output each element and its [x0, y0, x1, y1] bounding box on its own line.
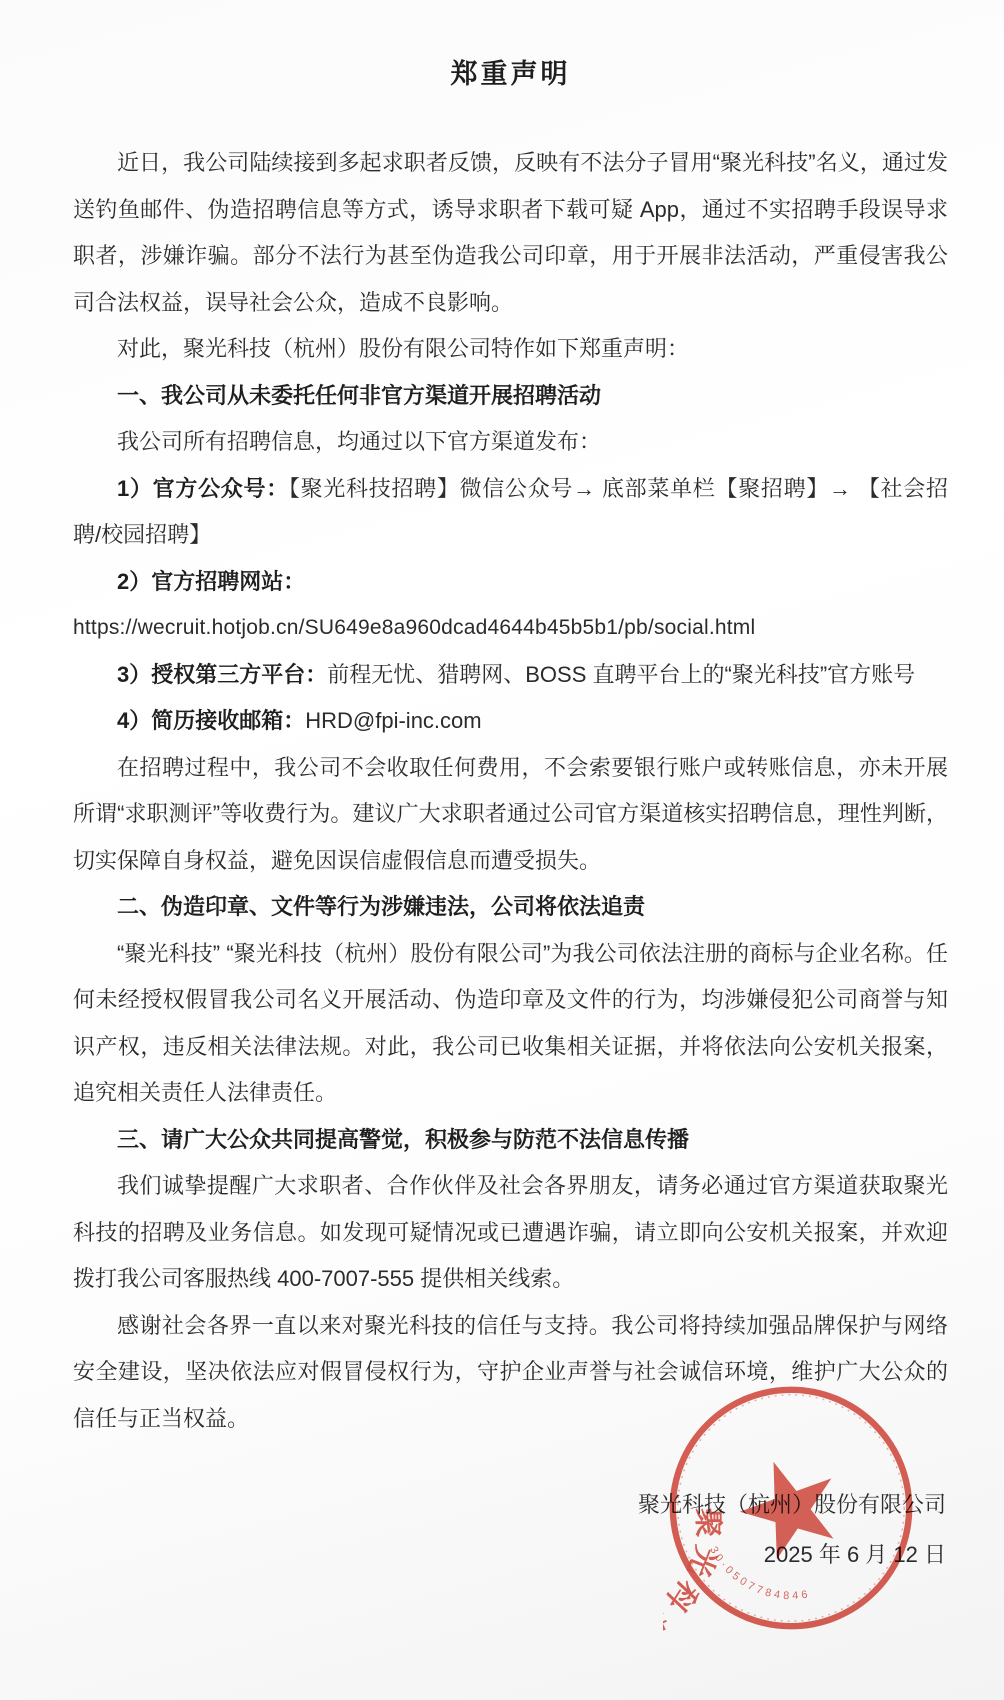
channel-item-third-party: 3）授权第三方平台：前程无忧、猎聘网、BOSS 直聘平台上的“聚光科技”官方账号: [73, 652, 948, 699]
svg-text:30·0507784846: 30·0507784846: [707, 1545, 812, 1603]
statement-title: 郑重声明: [73, 54, 948, 94]
company-seal: 聚光科技（杭州）股份有限公司 30·0507784846: [663, 1380, 919, 1636]
channel-item-4-text: HRD@fpi-inc.com: [305, 708, 481, 733]
section-1-lead: 我公司所有招聘信息，均通过以下官方渠道发布：: [73, 419, 948, 466]
para-no-fees-note: 在招聘过程中，我公司不会收取任何费用，不会索要银行账户或转账信息，亦未开展所谓“…: [73, 745, 948, 885]
channel-item-official-account: 1）官方公众号：【聚光科技招聘】微信公众号→ 底部菜单栏【聚招聘】→ 【社会招聘…: [73, 466, 948, 559]
section-2-body: “聚光科技” “聚光科技（杭州）股份有限公司”为我公司依法注册的商标与企业名称。…: [73, 931, 948, 1117]
section-3-body-1: 我们诚挚提醒广大求职者、合作伙伴及社会各界朋友，请务必通过官方渠道获取聚光科技的…: [73, 1163, 948, 1303]
section-2-heading: 二、伪造印章、文件等行为涉嫌违法，公司将依法追责: [73, 884, 948, 931]
channel-item-2-label: 2）官方招聘网站：: [117, 569, 305, 594]
para-intro-2: 对此，聚光科技（杭州）股份有限公司特作如下郑重声明：: [73, 326, 948, 373]
seal-serial-number: 30·0507784846: [707, 1545, 812, 1603]
channel-item-3-label: 3）授权第三方平台：: [117, 662, 327, 687]
channel-item-4-label: 4）简历接收邮箱：: [117, 708, 305, 733]
channel-item-recruit-site: 2）官方招聘网站：: [73, 559, 948, 606]
channel-item-1-label: 1）官方公众号：: [117, 476, 289, 501]
section-1-heading: 一、我公司从未委托任何非官方渠道开展招聘活动: [73, 373, 948, 420]
recruit-site-url: https://wecruit.hotjob.cn/SU649e8a960dca…: [73, 605, 948, 652]
seal-star-icon: [728, 1445, 851, 1565]
para-intro-1: 近日，我公司陆续接到多起求职者反馈，反映有不法分子冒用“聚光科技”名义，通过发送…: [73, 140, 948, 326]
channel-item-resume-email: 4）简历接收邮箱：HRD@fpi-inc.com: [73, 698, 948, 745]
company-seal-svg: 聚光科技（杭州）股份有限公司 30·0507784846: [663, 1380, 919, 1636]
channel-item-3-text: 前程无忧、猎聘网、BOSS 直聘平台上的“聚光科技”官方账号: [327, 662, 915, 687]
section-3-heading: 三、请广大公众共同提高警觉，积极参与防范不法信息传播: [73, 1117, 948, 1164]
